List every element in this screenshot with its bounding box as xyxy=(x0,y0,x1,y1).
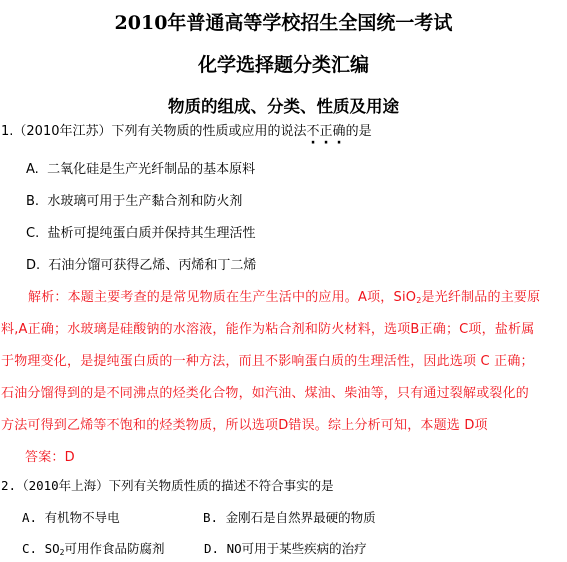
section-title: 物质的组成、分类、性质及用途 xyxy=(0,93,567,117)
option-b: B. 水玻璃可用于生产黏合剂和防火剂 xyxy=(26,193,242,211)
question-source: （2010年江苏） xyxy=(13,124,111,139)
option-d: D. 石油分馏可获得乙烯、丙烯和丁二烯 xyxy=(26,257,256,275)
analysis-line-1: 解析：本题主要考查的是常见物质在生产生活中的应用。A项，SiO2是光纤制品的主要… xyxy=(28,289,540,310)
q2-option-c: C. SO2可用作食品防腐剂 xyxy=(22,540,165,562)
analysis-line-2: 料,A正确；水玻璃是硅酸钠的水溶液，能作为粘合剂和防火材料，选项B正确；C项，盐… xyxy=(1,321,534,339)
answer: 答案：D xyxy=(25,449,75,467)
option-c: C. 盐析可提纯蛋白质并保持其生理活性 xyxy=(26,225,256,243)
question-number: 1. xyxy=(1,124,13,139)
question-2-stem: 2.（2010年上海）下列有关物质性质的描述不符合事实的是 xyxy=(1,477,334,495)
question-1-stem: 1.（2010年江苏）下列有关物质的性质或应用的说法不正确的是 xyxy=(1,123,372,141)
emphasis-char: 不 xyxy=(307,124,320,139)
analysis-line-3: 于物理变化，是提纯蛋白质的一种方法，而且不影响蛋白质的生理活性，因此选项 C 正… xyxy=(1,353,534,371)
analysis-line-5: 方法可得到乙烯等不饱和的烃类物质，所以选项D错误。综上分析可知，本题选 D项 xyxy=(1,417,488,435)
analysis-line-4: 石油分馏得到的是不同沸点的烃类化合物，如汽油、煤油、柴油等，只有通过裂解或裂化的 xyxy=(1,385,529,403)
q2-option-a: A. 有机物不导电 xyxy=(22,509,120,527)
q2-option-d: D. NO可用于某些疾病的治疗 xyxy=(204,540,367,558)
subtitle: 化学选择题分类汇编 xyxy=(0,50,567,77)
emphasis-char: 确 xyxy=(333,124,346,139)
option-a: A. 二氧化硅是生产光纤制品的基本原料 xyxy=(26,161,255,179)
main-title: 2010年普通高等学校招生全国统一考试 xyxy=(0,8,567,35)
emphasis-char: 正 xyxy=(320,124,333,139)
q2-option-b: B. 金刚石是自然界最硬的物质 xyxy=(203,509,376,527)
